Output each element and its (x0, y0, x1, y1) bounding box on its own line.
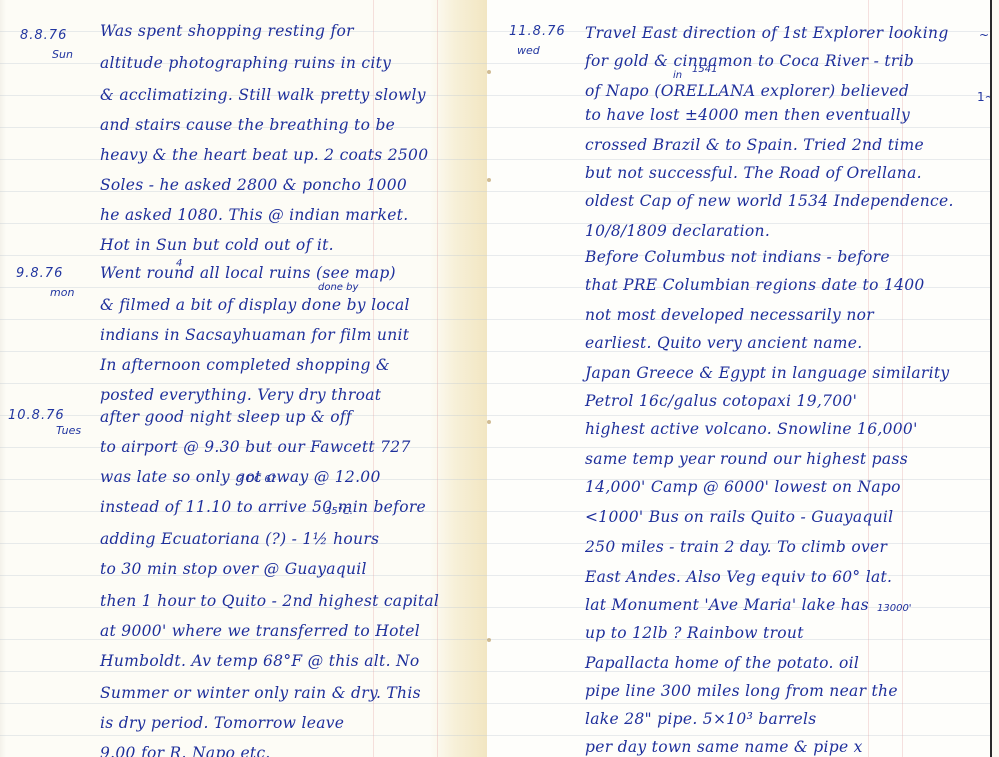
text-line: per day town same name & pipe x (585, 738, 863, 756)
notebook-spread: 8.8.76 Sun Was spent shopping resting fo… (0, 0, 999, 757)
text-line: Was spent shopping resting for (100, 22, 354, 40)
text-line: Japan Greece & Egypt in language similar… (585, 364, 949, 382)
text-line: Petrol 16c/galus cotopaxi 19,700' (585, 392, 857, 410)
text-line: Soles - he asked 2800 & poncho 1000 (100, 176, 407, 194)
text-line: <1000' Bus on rails Quito - Guayaquil (585, 508, 893, 526)
text-line: not most developed necessarily nor (585, 306, 874, 324)
insert-note: 13000' (877, 603, 912, 614)
text-line: lake 28" pipe. 5×10³ barrels (585, 710, 816, 728)
text-line: & filmed a bit of display done by local (100, 296, 410, 314)
text-line: lat Monument 'Ave Maria' lake has (585, 596, 869, 614)
text-line: he asked 1080. This @ indian market. (100, 206, 408, 224)
text-line: 9.00 for R. Napo etc. (100, 744, 271, 757)
binding-speck (487, 638, 491, 642)
margin-line (373, 0, 374, 757)
text-line: highest active volcano. Snowline 16,000' (585, 420, 918, 438)
text-line: was late so only got away @ 12.00 (100, 468, 381, 486)
right-page: 11.8.76 wed in 1541 13000' Travel East d… (487, 0, 992, 757)
text-line: 250 miles - train 2 day. To climb over (585, 538, 887, 556)
margin-line (437, 0, 438, 757)
entry-date: 9.8.76 (16, 266, 63, 282)
left-page: 8.8.76 Sun Was spent shopping resting fo… (0, 0, 487, 757)
text-line: indians in Sacsayhuaman for film unit (100, 326, 409, 344)
text-line: up to 12lb ? Rainbow trout (585, 624, 804, 642)
margin-mark: ~ (979, 28, 989, 42)
entry-day: wed (517, 44, 540, 57)
text-line: East Andes. Also Veg equiv to 60° lat. (585, 568, 892, 586)
text-line: adding Ecuatoriana (?) - 1½ hours (100, 530, 379, 548)
text-line: and stairs cause the breathing to be (100, 116, 395, 134)
text-line: to airport @ 9.30 but our Fawcett 727 (100, 438, 411, 456)
ruled-lines (0, 0, 487, 757)
entry-date: 8.8.76 (20, 28, 67, 44)
text-line: Humboldt. Av temp 68°F @ this alt. No (100, 652, 420, 670)
text-line: 10/8/1809 declaration. (585, 222, 770, 240)
text-line: altitude photographing ruins in city (100, 54, 391, 72)
text-line: after good night sleep up & off (100, 408, 352, 426)
text-line: instead of 11.10 to arrive 50 min before (100, 498, 426, 516)
text-line: to have lost ±4000 men then eventually (585, 106, 910, 124)
insert-note: in (673, 70, 682, 81)
text-line: Summer or winter only rain & dry. This (100, 684, 421, 702)
text-line: Went round all local ruins (see map) (100, 264, 396, 282)
insert-note: done by (318, 282, 358, 293)
text-line: Papallacta home of the potato. oil (585, 654, 859, 672)
entry-date: 11.8.76 (509, 24, 566, 40)
text-line: posted everything. Very dry throat (100, 386, 381, 404)
text-line: of Napo (ORELLANA explorer) believed (585, 82, 909, 100)
text-line: Hot in Sun but cold out of it. (100, 236, 334, 254)
binding-speck (487, 420, 491, 424)
entry-day: Tues (56, 424, 81, 437)
text-line: but not successful. The Road of Orellana… (585, 164, 922, 182)
text-line: at 9000' where we transferred to Hotel (100, 622, 420, 640)
text-line: Before Columbus not indians - before (585, 248, 890, 266)
text-line: is dry period. Tomorrow leave (100, 714, 344, 732)
text-line: heavy & the heart beat up. 2 coats 2500 (100, 146, 428, 164)
text-line: crossed Brazil & to Spain. Tried 2nd tim… (585, 136, 924, 154)
text-line: Travel East direction of 1st Explorer lo… (585, 24, 949, 42)
entry-day: mon (50, 286, 74, 299)
text-line: oldest Cap of new world 1534 Independenc… (585, 192, 954, 210)
margin-mark: 1~ (977, 90, 992, 104)
text-line: same temp year round our highest pass (585, 450, 908, 468)
text-line: that PRE Columbian regions date to 1400 (585, 276, 925, 294)
binding-speck (487, 70, 491, 74)
text-line: for gold & cinnamon to Coca River - trib (585, 52, 914, 70)
entry-day: Sun (52, 48, 73, 61)
text-line: earliest. Quito very ancient name. (585, 334, 863, 352)
text-line: In afternoon completed shopping & (100, 356, 390, 374)
text-line: pipe line 300 miles long from near the (585, 682, 898, 700)
entry-date: 10.8.76 (8, 408, 65, 424)
text-line: & acclimatizing. Still walk pretty slowl… (100, 86, 426, 104)
text-line: to 30 min stop over @ Guayaquil (100, 560, 367, 578)
binding-speck (487, 178, 491, 182)
text-line: 14,000' Camp @ 6000' lowest on Napo (585, 478, 901, 496)
page-edge (992, 0, 999, 757)
text-line: then 1 hour to Quito - 2nd highest capit… (100, 592, 439, 610)
